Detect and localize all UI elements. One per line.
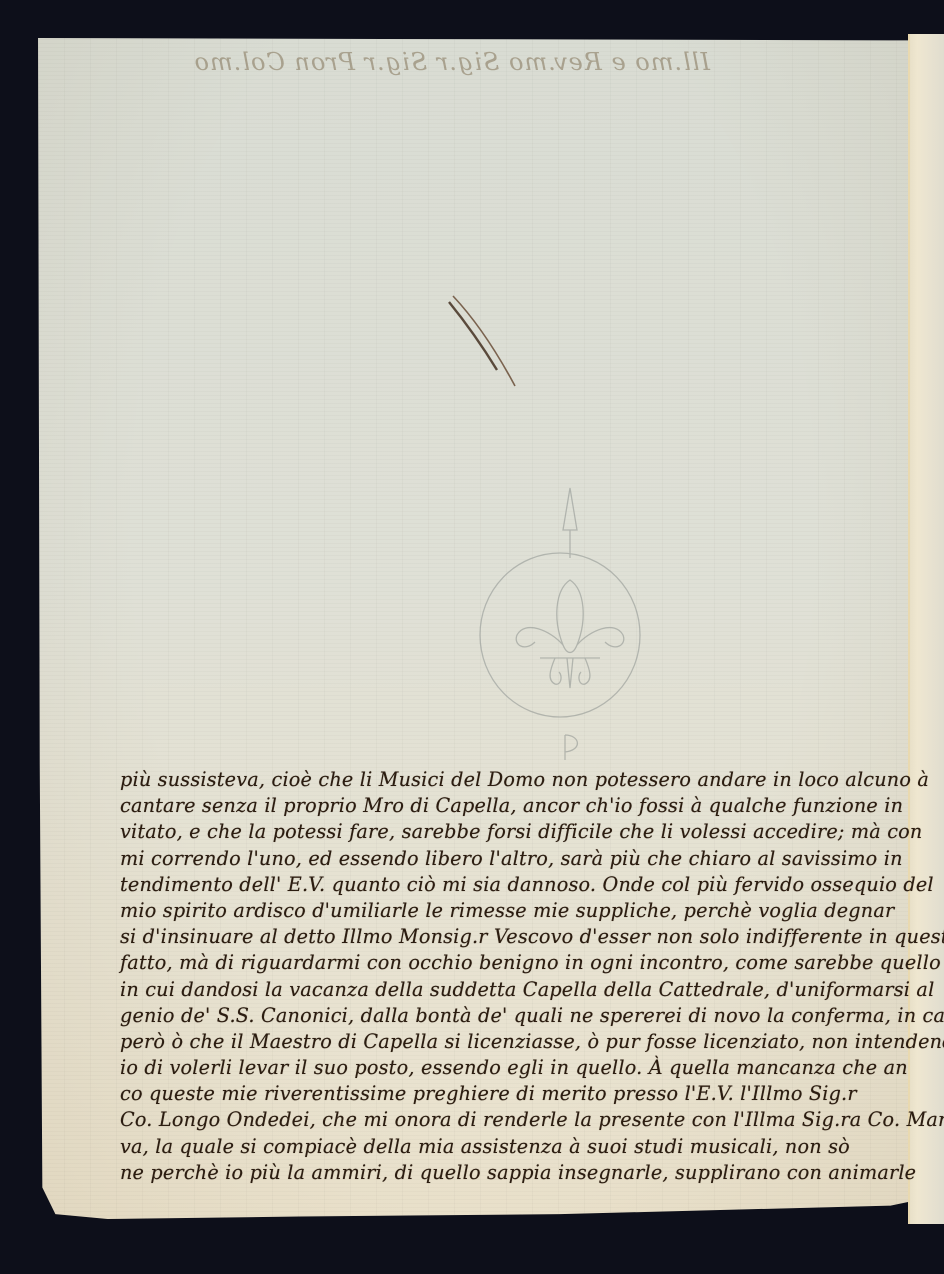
bleed-through-address: Ill.mo e Rev.mo Sig.r Sig.r Pron Col.mo bbox=[70, 48, 710, 128]
text-line: genio de' S.S. Canonici, dalla bontà de'… bbox=[120, 1004, 910, 1030]
text-line: ne perchè io più la ammiri, di quello sa… bbox=[120, 1161, 910, 1187]
text-line: si d'insinuare al detto Illmo Monsig.r V… bbox=[120, 925, 910, 951]
text-line: in cui dandosi la vacanza della suddetta… bbox=[120, 978, 910, 1004]
text-line: io di volerli levar il suo posto, essend… bbox=[120, 1056, 910, 1082]
text-line: tendimento dell' E.V. quanto ciò mi sia … bbox=[120, 873, 910, 899]
ink-stroke-mark bbox=[445, 290, 525, 390]
letter-body: più sussisteva, cioè che li Musici del D… bbox=[120, 768, 910, 1187]
fleur-de-lis-watermark-icon bbox=[455, 480, 655, 760]
text-line: vitato, e che la potessi fare, sarebbe f… bbox=[120, 820, 910, 846]
text-line: più sussisteva, cioè che li Musici del D… bbox=[120, 768, 910, 794]
text-line: fatto, mà di riguardarmi con occhio beni… bbox=[120, 951, 910, 977]
text-line: Co. Longo Ondedei, che mi onora di rende… bbox=[120, 1108, 910, 1134]
text-line: però ò che il Maestro di Capella si lice… bbox=[120, 1030, 910, 1056]
text-line: va, la quale si compiacè della mia assis… bbox=[120, 1135, 910, 1161]
text-line: cantare senza il proprio Mro di Capella,… bbox=[120, 794, 910, 820]
text-line: co queste mie riverentissime preghiere d… bbox=[120, 1082, 910, 1108]
text-line: mio spirito ardisco d'umiliarle le rimes… bbox=[120, 899, 910, 925]
text-line: mi correndo l'uno, ed essendo libero l'a… bbox=[120, 847, 910, 873]
